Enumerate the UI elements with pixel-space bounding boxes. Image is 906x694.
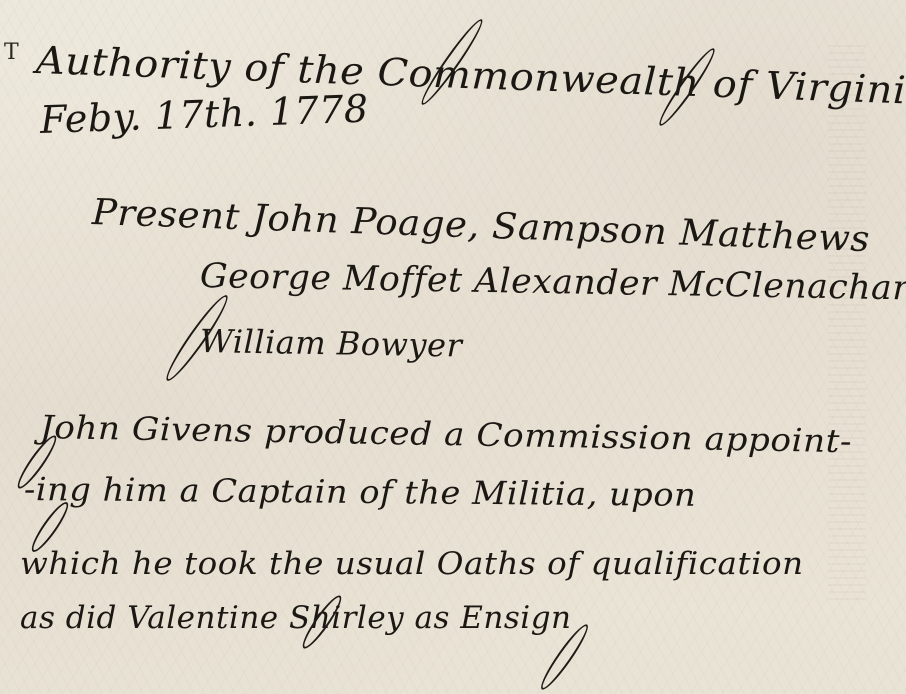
manuscript-page: T Authority of the Commonwealth of Virgi… <box>0 0 906 694</box>
bleed-through-text <box>828 40 866 600</box>
present-line-2: George Moffet Alexander McClenachan <box>200 256 906 308</box>
body-line-2: -ing him a Captain of the Militia, upon <box>24 470 697 514</box>
body-line-4: as did Valentine Shirley as Ensign <box>20 600 572 636</box>
margin-mark: T <box>4 40 19 65</box>
present-line-3: William Bowyer <box>200 322 463 365</box>
body-line-3: which he took the usual Oaths of qualifi… <box>20 546 804 582</box>
body-line-1: John Givens produced a Commission appoin… <box>40 408 853 460</box>
date-line: Feby. 17th. 1778 <box>39 87 369 142</box>
present-line-1: Present John Poage, Sampson Matthews <box>91 192 870 260</box>
